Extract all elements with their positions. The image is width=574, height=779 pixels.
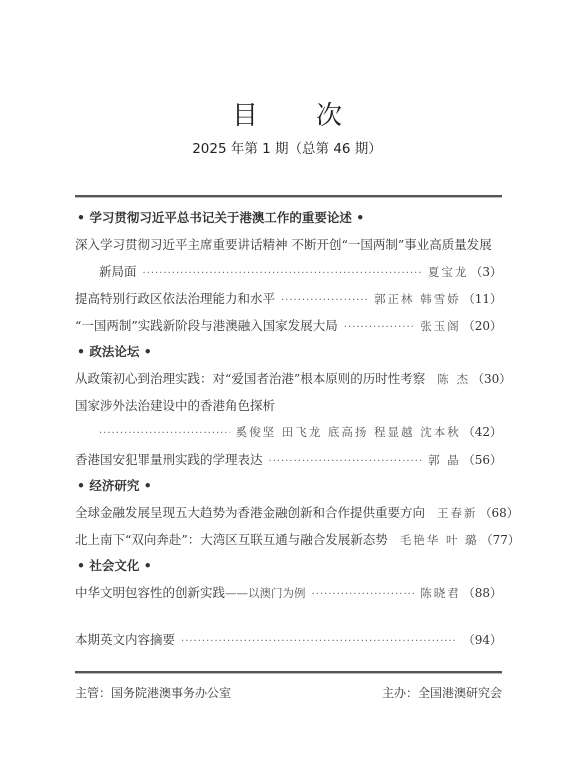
leader-dots bbox=[99, 420, 230, 447]
entry-page: （68） bbox=[480, 500, 519, 527]
toc-entry[interactable]: 从政策初心到治理实践：对“爱国者治港”根本原则的历时性考察 陈 杰 （30） bbox=[75, 365, 502, 392]
entry-title: 提高特别行政区依法治理能力和水平 bbox=[75, 285, 275, 312]
supervisor-text: 主管：国务院港澳事务办公室 bbox=[75, 684, 231, 701]
leader-dots bbox=[312, 581, 415, 608]
leader-dots bbox=[143, 260, 422, 287]
entry-page: （94） bbox=[463, 627, 502, 654]
toc-entry[interactable]: 香港国安犯罪量刑实践的学理表达 郭 晶 （56） bbox=[75, 446, 502, 473]
leader-dots bbox=[281, 287, 368, 314]
entry-title: “一国两制”实践新阶段与港澳融入国家发展大局 bbox=[75, 312, 338, 339]
entry-authors: 郭 晶 bbox=[428, 447, 461, 474]
entry-title: 深入学习贯彻习近平主席重要讲话精神 不断开创“一国两制”事业高质量发展 bbox=[75, 231, 492, 258]
entry-title: 中华文明包容性的创新实践 bbox=[75, 579, 225, 606]
toc-entry-continuation[interactable]: 奚俊坚 田飞龙 底高扬 程显越 沈本秋 （42） bbox=[75, 419, 502, 446]
entry-page: （20） bbox=[463, 313, 502, 340]
issue-number: 2025 年第 1 期（总第 46 期） bbox=[0, 140, 574, 158]
entry-authors: 王春新 bbox=[437, 500, 478, 527]
top-divider bbox=[75, 195, 502, 198]
leader-dots bbox=[181, 628, 455, 655]
entry-authors: 毛艳华 叶 璐 bbox=[400, 527, 479, 554]
section-heading: • 社会文化 • bbox=[75, 553, 502, 579]
entry-authors: 夏宝龙 bbox=[428, 259, 469, 286]
toc-entry[interactable]: “一国两制”实践新阶段与港澳融入国家发展大局 张玉阁 （20） bbox=[75, 312, 502, 339]
toc-entry-abstracts[interactable]: 本期英文内容摘要 （94） bbox=[75, 626, 502, 653]
entry-page: （42） bbox=[463, 419, 502, 446]
toc-entry[interactable]: 国家涉外法治建设中的香港角色探析 bbox=[75, 392, 502, 419]
entry-subtitle: ——以澳门为例 bbox=[225, 580, 306, 607]
entry-authors: 陈 杰 bbox=[437, 366, 470, 393]
entry-page: （30） bbox=[472, 366, 511, 393]
entry-authors: 张玉阁 bbox=[420, 313, 461, 340]
entry-title: 本期英文内容摘要 bbox=[75, 626, 175, 653]
entry-title: 国家涉外法治建设中的香港角色探析 bbox=[75, 392, 275, 419]
footer: 主管：国务院港澳事务办公室 主办：全国港澳研究会 bbox=[75, 684, 502, 701]
table-of-contents: • 学习贯彻习近平总书记关于港澳工作的重要论述 • 深入学习贯彻习近平主席重要讲… bbox=[75, 205, 502, 653]
section-heading: • 政法论坛 • bbox=[75, 339, 502, 365]
leader-dots bbox=[269, 448, 423, 475]
entry-title: 从政策初心到治理实践：对“爱国者治港”根本原则的历时性考察 bbox=[75, 365, 425, 392]
entry-title: 新局面 bbox=[99, 258, 137, 285]
entry-page: （88） bbox=[463, 580, 502, 607]
entry-authors: 郭正林 韩雪娇 bbox=[374, 286, 461, 313]
entry-page: （3） bbox=[470, 259, 502, 286]
toc-entry[interactable]: 北上南下“双向奔赴”：大湾区互联互通与融合发展新态势 毛艳华 叶 璐 （77） bbox=[75, 526, 502, 553]
leader-dots bbox=[344, 314, 414, 341]
page-title: 目次 bbox=[0, 100, 574, 132]
entry-title: 北上南下“双向奔赴”：大湾区互联互通与融合发展新态势 bbox=[75, 526, 388, 553]
entry-page: （77） bbox=[481, 527, 520, 554]
entry-title: 香港国安犯罪量刑实践的学理表达 bbox=[75, 446, 263, 473]
title-char-1: 目 bbox=[232, 100, 258, 132]
toc-entry[interactable]: 提高特别行政区依法治理能力和水平 郭正林 韩雪娇 （11） bbox=[75, 285, 502, 312]
section-heading: • 学习贯彻习近平总书记关于港澳工作的重要论述 • bbox=[75, 205, 502, 231]
toc-entry-continuation[interactable]: 新局面 夏宝龙 （3） bbox=[75, 258, 502, 285]
title-char-2: 次 bbox=[316, 100, 342, 132]
entry-page: （11） bbox=[463, 286, 502, 313]
entry-authors: 奚俊坚 田飞龙 底高扬 程显越 沈本秋 bbox=[236, 419, 461, 446]
entry-authors: 陈晓君 bbox=[420, 580, 461, 607]
entry-page: （56） bbox=[463, 447, 502, 474]
toc-entry[interactable]: 深入学习贯彻习近平主席重要讲话精神 不断开创“一国两制”事业高质量发展 bbox=[75, 231, 502, 258]
sponsor-text: 主办：全国港澳研究会 bbox=[382, 684, 502, 701]
entry-title: 全球金融发展呈现五大趋势为香港金融创新和合作提供重要方向 bbox=[75, 499, 425, 526]
bottom-divider bbox=[75, 671, 502, 674]
section-heading: • 经济研究 • bbox=[75, 473, 502, 499]
toc-entry[interactable]: 中华文明包容性的创新实践——以澳门为例 陈晓君 （88） bbox=[75, 579, 502, 606]
toc-entry[interactable]: 全球金融发展呈现五大趋势为香港金融创新和合作提供重要方向 王春新 （68） bbox=[75, 499, 502, 526]
